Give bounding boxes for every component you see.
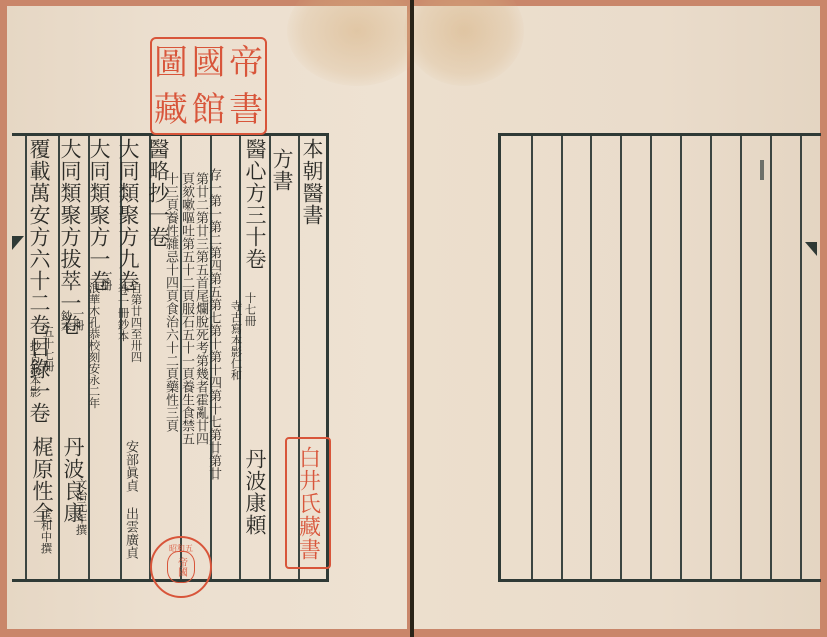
entry-title: 大同類聚方九卷 — [117, 138, 138, 292]
book-spread: 本朝醫書 方書 醫心方三十卷 十七冊 寺古寫本影仁和 丹波康頼 存一第一第二第四… — [0, 0, 827, 637]
water-stain — [404, 0, 524, 86]
fishtail-mark — [805, 242, 817, 256]
column-rule — [770, 136, 772, 579]
entry-detail: 頁欬嗽嘔吐第五十二頁服石五十一頁養生食禁五 — [180, 172, 193, 445]
entry-detail: 存一第一第二第四第五第七第十第十四第十七第廿第廿 — [207, 168, 220, 480]
seal-ring-text: 昭和五 — [152, 543, 210, 554]
column-rule — [531, 136, 533, 579]
column-rule — [269, 136, 271, 579]
entry-note: 浪華木孔恭校刻安永二年 — [88, 282, 100, 409]
entry-note: 抄古寫本影 — [29, 340, 41, 398]
entry-author-note: 正和中撰 — [40, 508, 52, 554]
entry-note: 十七冊 — [244, 292, 256, 327]
entry-note: 一冊 — [72, 308, 84, 331]
entry-title: 大同類聚方拔萃一卷 — [59, 138, 80, 336]
seal-char: 圖 — [154, 46, 188, 80]
column-rule — [620, 136, 622, 579]
entry-author: 丹波康頼 — [244, 448, 265, 536]
entry-author: 安部眞貞 出雲廣貞 — [124, 440, 137, 559]
category-label: 方書 — [271, 148, 292, 192]
entry-note: 卷一冊鈔本 — [117, 284, 129, 342]
library-seal-square: 帝 國 圖 書 館 藏 — [150, 37, 267, 135]
entry-note: 自第廿四至卅四 — [130, 282, 142, 363]
entry-note: 五十七冊 — [42, 326, 54, 372]
entry-note: 一冊 — [100, 268, 112, 291]
gutter-fold — [410, 0, 414, 637]
entry-title: 醫略抄一卷 — [147, 138, 168, 248]
column-rule — [710, 136, 712, 579]
column-rule — [740, 136, 742, 579]
entry-note: 寺古寫本影仁和 — [230, 300, 242, 381]
seal-char: 帝 — [229, 46, 263, 80]
entry-note: 鈔本 — [60, 310, 72, 333]
column-rule — [650, 136, 652, 579]
right-page-frame — [498, 133, 821, 582]
ink-mark — [760, 160, 764, 180]
round-date-seal: 昭和五 帝國 — [150, 536, 212, 598]
book-heading: 本朝醫書 — [301, 138, 322, 226]
column-rule — [590, 136, 592, 579]
seal-center-text: 帝國 — [167, 551, 195, 583]
seal-char: 藏 — [154, 93, 188, 127]
seal-char: 書 — [229, 93, 263, 127]
entry-detail: 第廿二第廿三第五首尾爛脫死考第幾者霍亂廿四 — [194, 172, 207, 445]
column-rule — [561, 136, 563, 579]
fishtail-mark — [12, 236, 24, 250]
entry-author-note: 文治元年撰 — [75, 478, 87, 536]
owner-seal-rect: 白井氏藏書 — [285, 437, 331, 569]
seal-char: 館 — [192, 93, 226, 127]
column-rule — [680, 136, 682, 579]
seal-char: 國 — [192, 46, 226, 80]
column-rule — [800, 136, 802, 579]
entry-title: 醫心方三十卷 — [244, 138, 265, 270]
